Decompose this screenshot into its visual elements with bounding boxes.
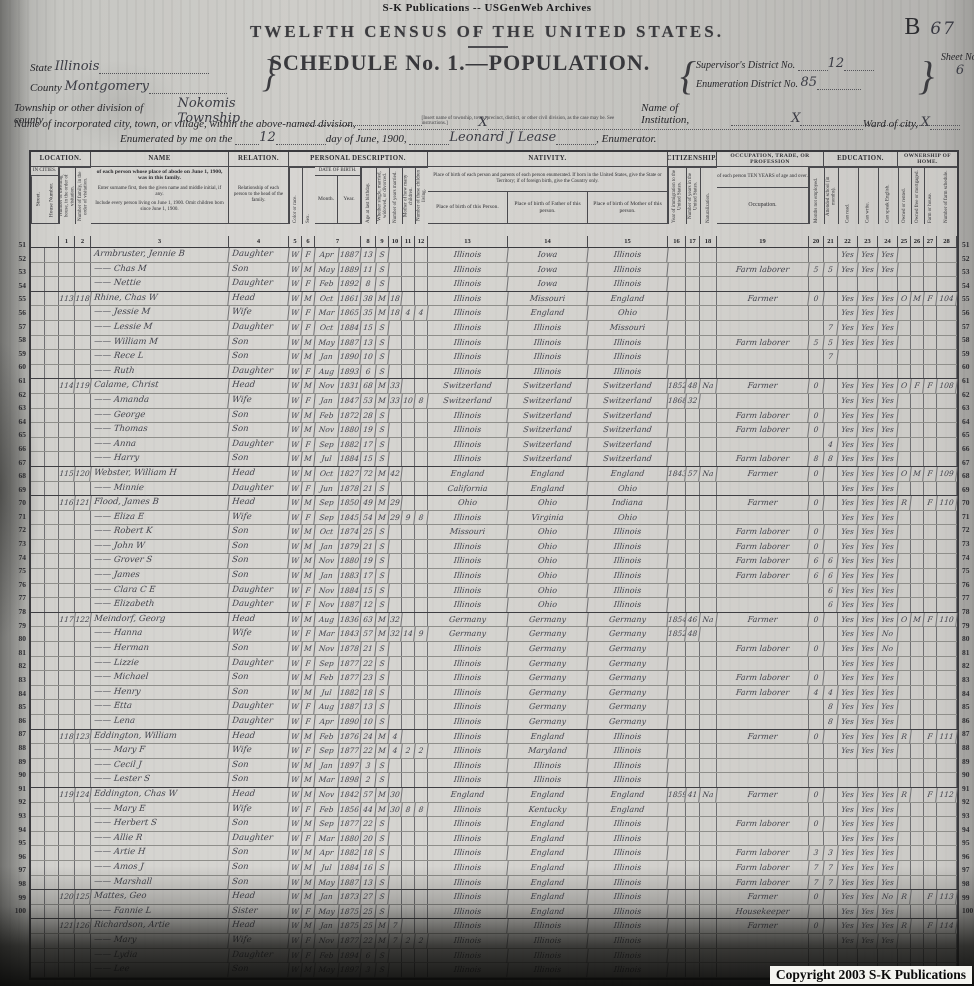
census-cell: Yes — [837, 292, 858, 306]
census-cell — [809, 321, 824, 335]
census-cell: Indiana — [587, 496, 668, 510]
census-cell: Feb — [314, 671, 339, 685]
census-cell — [75, 394, 91, 408]
census-cell — [75, 876, 91, 890]
census-cell — [924, 759, 937, 773]
census-cell — [898, 715, 911, 729]
census-cell: Illinois — [427, 277, 508, 291]
census-cell — [937, 642, 957, 656]
census-cell: Yes — [877, 394, 898, 408]
census-cell — [31, 569, 45, 583]
census-cell — [700, 263, 717, 277]
census-cell: Yes — [837, 832, 858, 846]
census-cell: 28 — [360, 409, 376, 423]
census-cell — [878, 949, 898, 963]
census-cell — [668, 657, 686, 671]
census-cell — [45, 379, 59, 393]
census-cell — [59, 876, 75, 890]
census-cell: R — [897, 919, 911, 933]
census-cell — [937, 525, 957, 539]
census-cell: Yes — [837, 554, 858, 568]
census-cell — [59, 715, 75, 729]
census-cell — [402, 336, 415, 350]
census-cell — [824, 657, 838, 671]
census-cell: 1880 — [338, 423, 361, 437]
census-cell: Jul — [314, 686, 339, 700]
census-cell — [700, 336, 717, 350]
census-cell: Feb — [314, 803, 339, 817]
census-cell — [31, 467, 45, 481]
census-cell — [898, 511, 911, 525]
census-cell: Farm laborer — [716, 554, 809, 568]
census-cell: Farm laborer — [716, 423, 809, 437]
census-cell — [45, 554, 59, 568]
group-citizenship: CITIZENSHIP. — [668, 152, 717, 167]
census-cell: Yes — [857, 248, 878, 262]
census-cell — [686, 554, 700, 568]
census-cell — [668, 861, 686, 875]
census-cell — [45, 671, 59, 685]
census-cell — [75, 350, 91, 364]
census-cell — [824, 423, 838, 437]
census-cell: Daughter — [228, 321, 289, 335]
row-number: 87 — [4, 727, 26, 741]
census-cell — [668, 292, 686, 306]
census-cell — [389, 773, 402, 787]
census-cell: Germany — [587, 613, 668, 627]
census-cell: Oct — [314, 321, 339, 335]
census-cell — [924, 263, 937, 277]
census-cell — [898, 277, 911, 291]
census-cell — [700, 700, 717, 714]
census-cell — [59, 511, 75, 525]
census-cell — [59, 525, 75, 539]
census-cell: Yes — [837, 686, 858, 700]
in-cities-label: IN CITIES. — [31, 167, 58, 176]
census-cell — [898, 569, 911, 583]
census-cell: S — [375, 540, 389, 554]
census-cell — [668, 336, 686, 350]
census-cell — [838, 773, 858, 787]
census-cell: Calame, Christ — [90, 379, 229, 393]
row-number: 99 — [4, 891, 26, 905]
census-cell — [898, 905, 911, 919]
census-cell: Daughter — [228, 438, 289, 452]
census-cell — [809, 803, 824, 817]
census-cell — [415, 263, 428, 277]
census-cell: Yes — [857, 379, 878, 393]
census-cell: —— Lydia — [90, 949, 229, 963]
census-cell — [809, 759, 824, 773]
table-row: —— Grover SSonWMNov188019SIllinoisOhioIl… — [31, 554, 957, 569]
ward-label: Ward of city, — [863, 118, 918, 130]
census-cell: —— Lee — [90, 963, 229, 977]
census-cell — [59, 540, 75, 554]
census-cell: Webster, William H — [90, 467, 229, 481]
census-cell — [686, 365, 700, 379]
census-cell — [911, 248, 924, 262]
census-cell — [878, 277, 898, 291]
census-cell — [45, 248, 59, 262]
census-cell — [700, 525, 717, 539]
census-cell: Sep — [314, 438, 339, 452]
census-cell: Illinois — [507, 934, 588, 948]
census-cell: Illinois — [427, 584, 508, 598]
census-cell: Illinois — [427, 306, 508, 320]
census-cell: Illinois — [587, 730, 668, 744]
census-cell — [31, 934, 45, 948]
census-cell — [402, 467, 415, 481]
census-cell: Yes — [837, 321, 858, 335]
census-cell — [31, 919, 45, 933]
census-cell: Ohio — [427, 496, 508, 510]
census-cell — [717, 934, 809, 948]
census-table-body: Armbruster, Jennie BDaughterWFApr188713S… — [31, 248, 957, 978]
census-cell: 1887 — [338, 336, 361, 350]
census-cell: 1887 — [338, 598, 361, 612]
row-number: 61 — [962, 374, 974, 388]
census-cell: Illinois — [427, 438, 508, 452]
column-number: 2 — [75, 236, 91, 248]
census-cell — [402, 890, 415, 904]
col-name-desc: of each person whose place of abode on J… — [91, 167, 229, 224]
census-cell — [824, 496, 838, 510]
census-cell — [809, 365, 824, 379]
census-cell — [45, 730, 59, 744]
census-cell — [59, 584, 75, 598]
table-row: —— MaryWifeWFNov187722M722IllinoisIllino… — [31, 934, 957, 949]
census-cell: Jan — [314, 759, 339, 773]
census-cell — [809, 306, 824, 320]
census-cell — [415, 598, 428, 612]
census-cell — [402, 452, 415, 466]
census-cell: —— Minnie — [90, 482, 229, 496]
census-cell: 33 — [388, 379, 402, 393]
census-cell: 13 — [360, 248, 376, 262]
row-number: 74 — [962, 551, 974, 565]
census-cell — [415, 788, 428, 802]
census-cell — [911, 905, 924, 919]
census-cell — [415, 715, 428, 729]
census-cell: 1894 — [338, 949, 361, 963]
census-cell: Wife — [228, 934, 289, 948]
column-number: 19 — [717, 236, 809, 248]
census-cell — [31, 817, 45, 831]
city-line: Name of incorporated city, town, or vill… — [14, 115, 960, 130]
census-cell — [898, 686, 911, 700]
table-row: —— MichaelSonWMFeb187723SIllinoisGermany… — [31, 671, 957, 686]
census-cell: 1890 — [338, 715, 361, 729]
census-cell — [402, 423, 415, 437]
census-cell: 1890 — [338, 350, 361, 364]
census-cell: S — [375, 365, 389, 379]
state-value-handwritten: Illinois — [55, 59, 100, 74]
row-number: 72 — [962, 523, 974, 537]
census-cell — [898, 584, 911, 598]
census-cell: Farm laborer — [716, 846, 809, 860]
census-cell — [402, 482, 415, 496]
publisher-header: S-K Publications -- USGenWeb Archives — [0, 2, 974, 14]
census-cell — [31, 248, 45, 262]
row-number: 72 — [4, 523, 26, 537]
census-cell: Germany — [587, 686, 668, 700]
census-cell — [45, 700, 59, 714]
census-cell: Ohio — [507, 554, 588, 568]
census-cell — [45, 861, 59, 875]
census-cell: 1852 — [667, 627, 686, 641]
census-cell: Maryland — [507, 744, 588, 758]
census-cell: Yes — [877, 686, 898, 700]
census-cell — [31, 715, 45, 729]
census-cell: S — [375, 773, 389, 787]
census-cell: Yes — [857, 496, 878, 510]
census-cell — [31, 861, 45, 875]
census-cell — [31, 438, 45, 452]
census-cell: Illinois — [427, 248, 508, 262]
census-cell: Mar — [314, 773, 339, 787]
census-cell — [700, 657, 717, 671]
census-cell — [45, 905, 59, 919]
census-cell — [31, 686, 45, 700]
census-cell: —— Ruth — [90, 365, 229, 379]
census-cell — [402, 365, 415, 379]
census-cell: 18 — [388, 292, 402, 306]
census-cell — [415, 876, 428, 890]
census-cell: Son — [228, 642, 289, 656]
census-cell: 1883 — [338, 569, 361, 583]
census-cell — [686, 773, 700, 787]
census-cell: 0 — [808, 788, 824, 802]
census-cell — [700, 715, 717, 729]
census-cell: Yes — [837, 846, 858, 860]
census-cell: 57 — [360, 627, 376, 641]
census-cell: Illinois — [507, 773, 588, 787]
table-row: —— Jessie MWifeWFMar186535M1844IllinoisE… — [31, 306, 957, 321]
census-cell: Yes — [877, 452, 898, 466]
census-cell — [686, 350, 700, 364]
census-cell — [937, 744, 957, 758]
census-cell: 1877 — [338, 657, 361, 671]
census-cell — [31, 409, 45, 423]
col-house-number: House Number. — [45, 176, 58, 223]
census-cell: Yes — [857, 554, 878, 568]
census-cell: Mar — [314, 306, 339, 320]
census-cell: Illinois — [587, 949, 668, 963]
census-cell — [31, 350, 45, 364]
census-cell — [668, 525, 686, 539]
census-cell — [809, 482, 824, 496]
census-cell: 7 — [823, 876, 838, 890]
dob-label: DATE OF BIRTH. — [315, 167, 360, 176]
census-cell — [31, 598, 45, 612]
census-cell: Yes — [837, 263, 858, 277]
census-cell: —— Clara C E — [90, 584, 229, 598]
census-cell — [937, 671, 957, 685]
table-row: 118123Eddington, WilliamHeadWMFeb187624M… — [31, 729, 957, 745]
census-cell — [415, 554, 428, 568]
row-number: 91 — [4, 782, 26, 796]
census-cell — [924, 350, 937, 364]
row-number: 80 — [4, 632, 26, 646]
group-nativity: NATIVITY. — [428, 152, 668, 167]
census-cell: Na — [699, 788, 717, 802]
table-row: —— MarshallSonWMMay188713SIllinoisEnglan… — [31, 876, 957, 891]
census-cell: 22 — [360, 817, 376, 831]
census-cell: Illinois — [427, 350, 508, 364]
census-cell — [937, 511, 957, 525]
census-cell — [717, 744, 809, 758]
column-number: 20 — [809, 236, 824, 248]
census-cell — [75, 598, 91, 612]
census-cell: 104 — [936, 292, 957, 306]
census-cell: Yes — [877, 803, 898, 817]
census-cell — [937, 715, 957, 729]
census-cell — [824, 744, 838, 758]
census-cell — [937, 700, 957, 714]
census-cell: Farm laborer — [716, 525, 809, 539]
census-cell: Son — [228, 876, 289, 890]
census-cell: 1877 — [338, 817, 361, 831]
census-cell — [415, 321, 428, 335]
census-cell: Illinois — [587, 248, 668, 262]
census-cell: Yes — [837, 613, 858, 627]
census-cell: 24 — [360, 730, 376, 744]
census-cell — [809, 905, 824, 919]
census-cell: Son — [228, 773, 289, 787]
census-cell — [937, 394, 957, 408]
census-cell: 41 — [685, 788, 700, 802]
row-number: 66 — [962, 442, 974, 456]
census-cell: —— Lena — [90, 715, 229, 729]
table-row: —— Cecil JSonWMJan18973SIllinoisIllinois… — [31, 759, 957, 774]
census-cell — [45, 569, 59, 583]
census-cell: Nov — [314, 642, 339, 656]
census-cell — [937, 482, 957, 496]
census-cell — [700, 832, 717, 846]
census-cell: Germany — [507, 613, 588, 627]
census-cell: Sep — [314, 744, 339, 758]
census-cell: Illinois — [587, 336, 668, 350]
census-cell: —— George — [90, 409, 229, 423]
census-cell — [389, 963, 402, 977]
census-cell — [700, 817, 717, 831]
census-cell: 20 — [360, 832, 376, 846]
census-cell: —— Rece L — [90, 350, 229, 364]
census-cell — [75, 657, 91, 671]
census-cell — [824, 525, 838, 539]
census-cell: Yes — [877, 467, 898, 481]
census-cell — [686, 336, 700, 350]
census-cell: 46 — [685, 613, 700, 627]
census-cell — [700, 511, 717, 525]
census-cell — [59, 905, 75, 919]
census-cell — [686, 292, 700, 306]
census-cell — [415, 277, 428, 291]
census-cell — [686, 525, 700, 539]
census-cell: England — [507, 306, 588, 320]
census-cell: Ohio — [507, 584, 588, 598]
census-cell — [415, 671, 428, 685]
census-cell — [45, 613, 59, 627]
column-number: 5 — [289, 236, 302, 248]
census-cell — [924, 423, 937, 437]
census-cell: 1875 — [338, 919, 361, 933]
census-cell — [668, 306, 686, 320]
census-cell — [838, 759, 858, 773]
census-cell — [415, 686, 428, 700]
row-number: 52 — [4, 252, 26, 266]
census-cell: Yes — [837, 700, 858, 714]
census-cell — [700, 584, 717, 598]
census-cell — [415, 438, 428, 452]
census-cell: —— John W — [90, 540, 229, 554]
census-cell — [911, 627, 924, 641]
census-cell: Rhine, Chas W — [90, 292, 229, 306]
row-number: 60 — [4, 360, 26, 374]
census-cell: Illinois — [587, 569, 668, 583]
census-cell: Wife — [228, 744, 289, 758]
census-cell — [59, 934, 75, 948]
census-cell: Yes — [877, 438, 898, 452]
census-cell — [31, 773, 45, 787]
column-number: 10 — [389, 236, 402, 248]
group-name: NAME — [91, 152, 229, 167]
row-number: 57 — [4, 320, 26, 334]
census-cell — [937, 832, 957, 846]
census-cell: Apr — [314, 248, 339, 262]
census-cell — [686, 540, 700, 554]
table-row: 115120Webster, William HHeadWMOct182772M… — [31, 466, 957, 482]
row-number: 77 — [4, 591, 26, 605]
census-cell: —— Artie H — [90, 846, 229, 860]
census-cell — [389, 876, 402, 890]
row-number: 89 — [962, 755, 974, 769]
census-cell: 1898 — [338, 773, 361, 787]
census-cell: Switzerland — [587, 379, 668, 393]
census-cell: 1882 — [338, 686, 361, 700]
census-cell — [402, 788, 415, 802]
census-cell — [686, 569, 700, 583]
census-cell: S — [375, 438, 389, 452]
census-cell: —— Grover S — [90, 554, 229, 568]
census-cell — [45, 321, 59, 335]
census-cell — [911, 861, 924, 875]
census-cell — [809, 949, 824, 963]
census-cell — [717, 321, 809, 335]
census-cell — [415, 423, 428, 437]
census-cell — [402, 277, 415, 291]
census-cell: Illinois — [427, 949, 508, 963]
census-cell — [911, 306, 924, 320]
census-cell — [389, 452, 402, 466]
census-cell — [389, 905, 402, 919]
census-cell — [59, 569, 75, 583]
census-cell: 112 — [936, 788, 957, 802]
row-number: 86 — [962, 714, 974, 728]
census-cell — [937, 452, 957, 466]
row-number: 98 — [962, 877, 974, 891]
state-county-brace: } — [262, 53, 276, 97]
census-cell — [686, 861, 700, 875]
supervisors-district-value-handwritten: 12 — [828, 56, 845, 71]
census-cell: Mar — [314, 832, 339, 846]
census-cell: Germany — [587, 627, 668, 641]
census-cell: Son — [228, 452, 289, 466]
census-cell: Yes — [857, 715, 878, 729]
census-cell — [45, 540, 59, 554]
census-cell — [924, 511, 937, 525]
census-cell — [59, 394, 75, 408]
